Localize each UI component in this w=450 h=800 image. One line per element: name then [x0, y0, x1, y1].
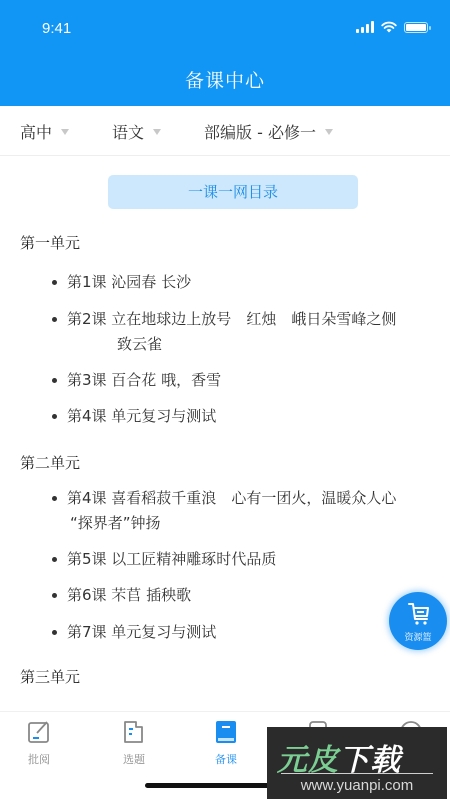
- resource-basket-label: 资源篮: [389, 630, 447, 643]
- lesson-title-continued: 致云雀: [52, 332, 442, 357]
- bullet-icon: [52, 593, 57, 598]
- unit-title: 第三单元: [20, 666, 80, 687]
- cart-icon: [408, 602, 430, 626]
- tab-select-questions[interactable]: 选题: [99, 720, 169, 767]
- filter-edition-label: 部编版 - 必修一: [204, 120, 316, 143]
- unit-title: 第二单元: [20, 452, 80, 473]
- wifi-icon: [381, 21, 397, 33]
- tab-review[interactable]: 批阅: [4, 720, 74, 767]
- filter-stage[interactable]: 高中: [20, 120, 69, 143]
- lesson-item[interactable]: 第6课 芣苢 插秧歌: [52, 583, 442, 608]
- dropdown-arrow-icon: [153, 129, 161, 135]
- page-title: 备课中心: [0, 66, 450, 93]
- tab-lesson-prep[interactable]: 备课: [191, 720, 261, 767]
- filter-stage-label: 高中: [20, 120, 52, 143]
- lesson-item[interactable]: 第1课 沁园春 长沙: [52, 270, 442, 295]
- bullet-icon: [52, 414, 57, 419]
- resource-basket-button[interactable]: 资源篮: [389, 592, 447, 650]
- bullet-icon: [52, 280, 57, 285]
- app-header: 9:41 备课中心: [0, 0, 450, 106]
- filter-bar: 高中 语文 部编版 - 必修一: [0, 106, 450, 156]
- lesson-title-continued: “探界者”钟扬: [52, 511, 442, 536]
- dropdown-arrow-icon: [325, 129, 333, 135]
- watermark: 元皮下载 www.yuanpi.com: [267, 727, 447, 799]
- bullet-icon: [52, 630, 57, 635]
- lesson-item[interactable]: 第4课 单元复习与测试: [52, 404, 442, 429]
- status-time: 9:41: [42, 20, 71, 37]
- lesson-title: 第4课 单元复习与测试: [52, 404, 442, 429]
- lesson-item[interactable]: 第3课 百合花 哦，香雪: [52, 368, 442, 393]
- lesson-title: 第6课 芣苢 插秧歌: [52, 583, 442, 608]
- bullet-icon: [52, 496, 57, 501]
- signal-icon: [356, 21, 374, 33]
- lesson-list: 第一单元 第1课 沁园春 长沙 第2课 立在地球边上放号 红烛 峨日朵雪峰之侧 …: [0, 220, 450, 710]
- bullet-icon: [52, 378, 57, 383]
- catalog-button[interactable]: 一课一网目录: [108, 175, 358, 209]
- tab-select-questions-label: 选题: [99, 751, 169, 767]
- bullet-icon: [52, 557, 57, 562]
- document-icon: [122, 720, 146, 744]
- lesson-item[interactable]: 第5课 以工匠精神雕琢时代品质: [52, 547, 442, 572]
- bullet-icon: [52, 317, 57, 322]
- battery-icon: [404, 22, 428, 33]
- book-icon: [214, 720, 238, 744]
- edit-icon: [27, 720, 51, 744]
- tab-review-label: 批阅: [4, 751, 74, 767]
- status-icons: [356, 21, 428, 33]
- lesson-title: 第2课 立在地球边上放号 红烛 峨日朵雪峰之侧: [52, 307, 442, 332]
- filter-subject-label: 语文: [112, 120, 144, 143]
- lesson-title: 第5课 以工匠精神雕琢时代品质: [52, 547, 442, 572]
- watermark-url: www.yuanpi.com: [267, 777, 447, 794]
- lesson-item[interactable]: 第7课 单元复习与测试: [52, 620, 442, 645]
- watermark-divider: [281, 773, 433, 774]
- tab-lesson-prep-label: 备课: [191, 751, 261, 767]
- lesson-title: 第4课 喜看稻菽千重浪 心有一团火，温暖众人心: [52, 486, 442, 511]
- dropdown-arrow-icon: [61, 129, 69, 135]
- status-bar: 9:41: [0, 0, 450, 58]
- filter-subject[interactable]: 语文: [112, 120, 161, 143]
- lesson-title: 第1课 沁园春 长沙: [52, 270, 442, 295]
- lesson-item[interactable]: 第2课 立在地球边上放号 红烛 峨日朵雪峰之侧 致云雀: [52, 307, 442, 357]
- lesson-title: 第7课 单元复习与测试: [52, 620, 442, 645]
- unit-title: 第一单元: [20, 232, 80, 253]
- lesson-item[interactable]: 第4课 喜看稻菽千重浪 心有一团火，温暖众人心 “探界者”钟扬: [52, 486, 442, 536]
- lesson-title: 第3课 百合花 哦，香雪: [52, 368, 442, 393]
- filter-edition[interactable]: 部编版 - 必修一: [204, 120, 333, 143]
